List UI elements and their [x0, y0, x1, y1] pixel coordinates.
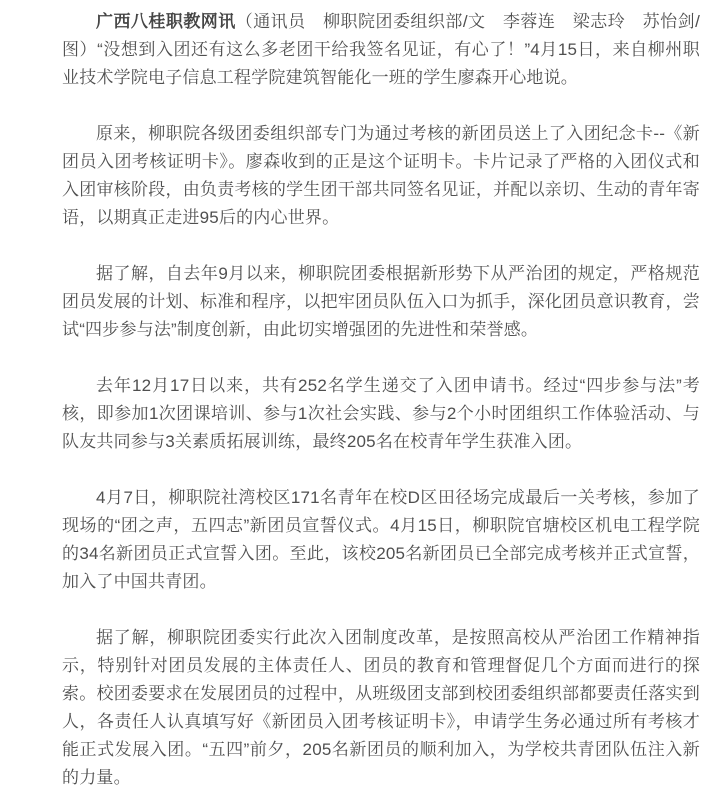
article-paragraph: 4月7日，柳职院社湾校区171名青年在校D区田径场完成最后一关考核，参加了现场的… — [62, 484, 700, 596]
article-paragraph: 原来，柳职院各级团委组织部专门为通过考核的新团员送上了入团纪念卡--《新团员入团… — [62, 120, 700, 232]
article-paragraph: 广西八桂职教网讯（通讯员 柳职院团委组织部/文 李蓉连 梁志玲 苏怡剑/图）“没… — [62, 8, 700, 92]
article-paragraph: 据了解，柳职院团委实行此次入团制度改革，是按照高校从严治团工作精神指示，特别针对… — [62, 624, 700, 792]
article-paragraph: 据了解，自去年9月以来，柳职院团委根据新形势下从严治团的规定，严格规范团员发展的… — [62, 260, 700, 344]
article-paragraph: 去年12月17日以来，共有252名学生递交了入团申请书。经过“四步参与法”考核，… — [62, 372, 700, 456]
article-source-label: 广西八桂职教网讯 — [96, 12, 236, 31]
article-body: 广西八桂职教网讯（通讯员 柳职院团委组织部/文 李蓉连 梁志玲 苏怡剑/图）“没… — [0, 0, 713, 802]
